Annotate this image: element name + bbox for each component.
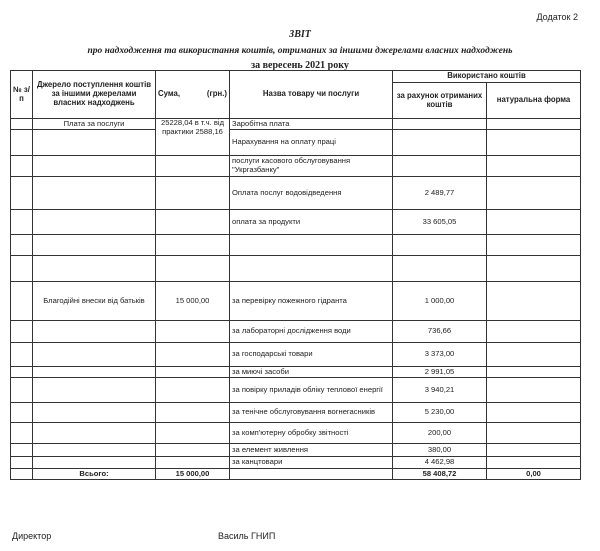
cell-num	[11, 256, 33, 282]
cell-account: 5 230,00	[393, 403, 487, 423]
cell-account: 380,00	[393, 444, 487, 457]
cell-natural	[487, 130, 581, 156]
cell-source	[33, 210, 156, 235]
table-row: Плата за послуги25228,04 в т.ч. від прак…	[11, 119, 581, 130]
header-item: Назва товару чи послуги	[230, 71, 393, 119]
cell-account: 200,00	[393, 423, 487, 444]
header-natural: натуральна форма	[487, 83, 581, 119]
table-row: за миючі засоби2 991,05	[11, 367, 581, 378]
header-sum: Сума, (грн.)	[156, 71, 230, 119]
cell-source	[33, 457, 156, 469]
cell-sum	[156, 256, 230, 282]
cell-num	[11, 378, 33, 403]
signature-position: Директор	[12, 531, 51, 541]
cell-item: оплата за продукти	[230, 210, 393, 235]
cell-account: 3 373,00	[393, 343, 487, 367]
cell-natural	[487, 403, 581, 423]
cell-source	[33, 130, 156, 156]
table-row: Оплата послуг водовідведення2 489,77	[11, 177, 581, 210]
cell-sum	[156, 235, 230, 256]
cell-item: за господарські товари	[230, 343, 393, 367]
cell-natural	[487, 235, 581, 256]
cell-item: за повірку приладів обліку теплової енер…	[230, 378, 393, 403]
cell-natural	[487, 444, 581, 457]
cell-source	[33, 423, 156, 444]
cell-natural	[487, 457, 581, 469]
report-subtitle: про надходження та використання коштів, …	[0, 46, 600, 56]
table-row: за канцтовари4 462,98	[11, 457, 581, 469]
cell-natural	[487, 321, 581, 343]
cell-source	[33, 235, 156, 256]
table-row: оплата за продукти33 605,05	[11, 210, 581, 235]
cell-source	[33, 256, 156, 282]
cell-account: 2 489,77	[393, 177, 487, 210]
header-source: Джерело поступлення коштів за іншими дже…	[33, 71, 156, 119]
cell-num	[11, 210, 33, 235]
total-natural: 0,00	[487, 469, 581, 480]
table-row: за елемент живлення380,00	[11, 444, 581, 457]
cell-item	[230, 256, 393, 282]
header-used: Використано коштів	[393, 71, 581, 83]
cell-sum	[156, 423, 230, 444]
cell-num	[11, 321, 33, 343]
table-row	[11, 256, 581, 282]
header-account: за рахунок отриманих коштів	[393, 83, 487, 119]
cell-natural	[487, 156, 581, 177]
cell-sum	[156, 321, 230, 343]
cell-sum	[156, 177, 230, 210]
cell-source	[33, 343, 156, 367]
cell-item: за лабораторні дослідження води	[230, 321, 393, 343]
cell-sum	[156, 444, 230, 457]
cell-account	[393, 119, 487, 130]
cell-account	[393, 156, 487, 177]
cell-num	[11, 282, 33, 321]
cell-source: Плата за послуги	[33, 119, 156, 130]
cell-account	[393, 130, 487, 156]
table-row: Нарахування на оплату праці	[11, 130, 581, 156]
cell-num	[11, 235, 33, 256]
cell-sum	[156, 156, 230, 177]
total-sum: 15 000,00	[156, 469, 230, 480]
cell-num	[11, 119, 33, 130]
cell-natural	[487, 423, 581, 444]
table-row: Благодійні внески від батьків15 000,00за…	[11, 282, 581, 321]
cell-source	[33, 177, 156, 210]
cell-num	[11, 469, 33, 480]
cell-natural	[487, 367, 581, 378]
cell-account: 4 462,98	[393, 457, 487, 469]
cell-num	[11, 423, 33, 444]
report-table: № з/п Джерело поступлення коштів за інши…	[10, 70, 581, 480]
cell-source	[33, 444, 156, 457]
cell-sum	[156, 457, 230, 469]
cell-item: Нарахування на оплату праці	[230, 130, 393, 156]
cell-num	[11, 177, 33, 210]
cell-item: Заробітна плата	[230, 119, 393, 130]
cell-item: за канцтовари	[230, 457, 393, 469]
cell-sum	[156, 367, 230, 378]
cell-item: Оплата послуг водовідведення	[230, 177, 393, 210]
signature-name: Василь ГНИП	[218, 531, 275, 541]
cell-natural	[487, 177, 581, 210]
cell-num	[11, 130, 33, 156]
report-title: ЗВІТ	[0, 29, 600, 40]
table-row	[11, 235, 581, 256]
cell-item	[230, 469, 393, 480]
cell-natural	[487, 256, 581, 282]
cell-item: послуги касового обслуговування "Укргазб…	[230, 156, 393, 177]
cell-num	[11, 343, 33, 367]
cell-natural	[487, 378, 581, 403]
cell-num	[11, 403, 33, 423]
cell-source: Благодійні внески від батьків	[33, 282, 156, 321]
cell-sum	[156, 343, 230, 367]
cell-account: 2 991,05	[393, 367, 487, 378]
header-sum-unit: (грн.)	[207, 90, 227, 99]
header-num: № з/п	[11, 71, 33, 119]
cell-item: за перевірку пожежного гідранта	[230, 282, 393, 321]
cell-source	[33, 156, 156, 177]
table-row: за комп'ютерну обробку звітності200,00	[11, 423, 581, 444]
total-row: Всього:15 000,0058 408,720,00	[11, 469, 581, 480]
cell-sum	[156, 403, 230, 423]
total-account: 58 408,72	[393, 469, 487, 480]
cell-item: за елемент живлення	[230, 444, 393, 457]
appendix-label: Додаток 2	[536, 12, 578, 22]
table-row: за господарські товари3 373,00	[11, 343, 581, 367]
table-row: за повірку приладів обліку теплової енер…	[11, 378, 581, 403]
total-label: Всього:	[33, 469, 156, 480]
cell-sum: 15 000,00	[156, 282, 230, 321]
table-row: за тенічне обслуговування вогнегасників5…	[11, 403, 581, 423]
cell-source	[33, 403, 156, 423]
table-row: послуги касового обслуговування "Укргазб…	[11, 156, 581, 177]
cell-source	[33, 321, 156, 343]
cell-item: за тенічне обслуговування вогнегасників	[230, 403, 393, 423]
cell-account: 1 000,00	[393, 282, 487, 321]
cell-natural	[487, 343, 581, 367]
cell-sum	[156, 210, 230, 235]
cell-account: 736,66	[393, 321, 487, 343]
cell-natural	[487, 210, 581, 235]
cell-num	[11, 457, 33, 469]
header-sum-label: Сума,	[158, 89, 180, 98]
cell-item	[230, 235, 393, 256]
cell-sum: 25228,04 в т.ч. від практики 2588,16	[156, 119, 230, 156]
cell-natural	[487, 119, 581, 130]
cell-source	[33, 378, 156, 403]
cell-account	[393, 256, 487, 282]
cell-natural	[487, 282, 581, 321]
cell-account: 33 605,05	[393, 210, 487, 235]
cell-account	[393, 235, 487, 256]
cell-sum	[156, 378, 230, 403]
cell-num	[11, 156, 33, 177]
cell-source	[33, 367, 156, 378]
table-row: за лабораторні дослідження води736,66	[11, 321, 581, 343]
cell-num	[11, 367, 33, 378]
cell-account: 3 940,21	[393, 378, 487, 403]
cell-item: за комп'ютерну обробку звітності	[230, 423, 393, 444]
cell-item: за миючі засоби	[230, 367, 393, 378]
cell-num	[11, 444, 33, 457]
